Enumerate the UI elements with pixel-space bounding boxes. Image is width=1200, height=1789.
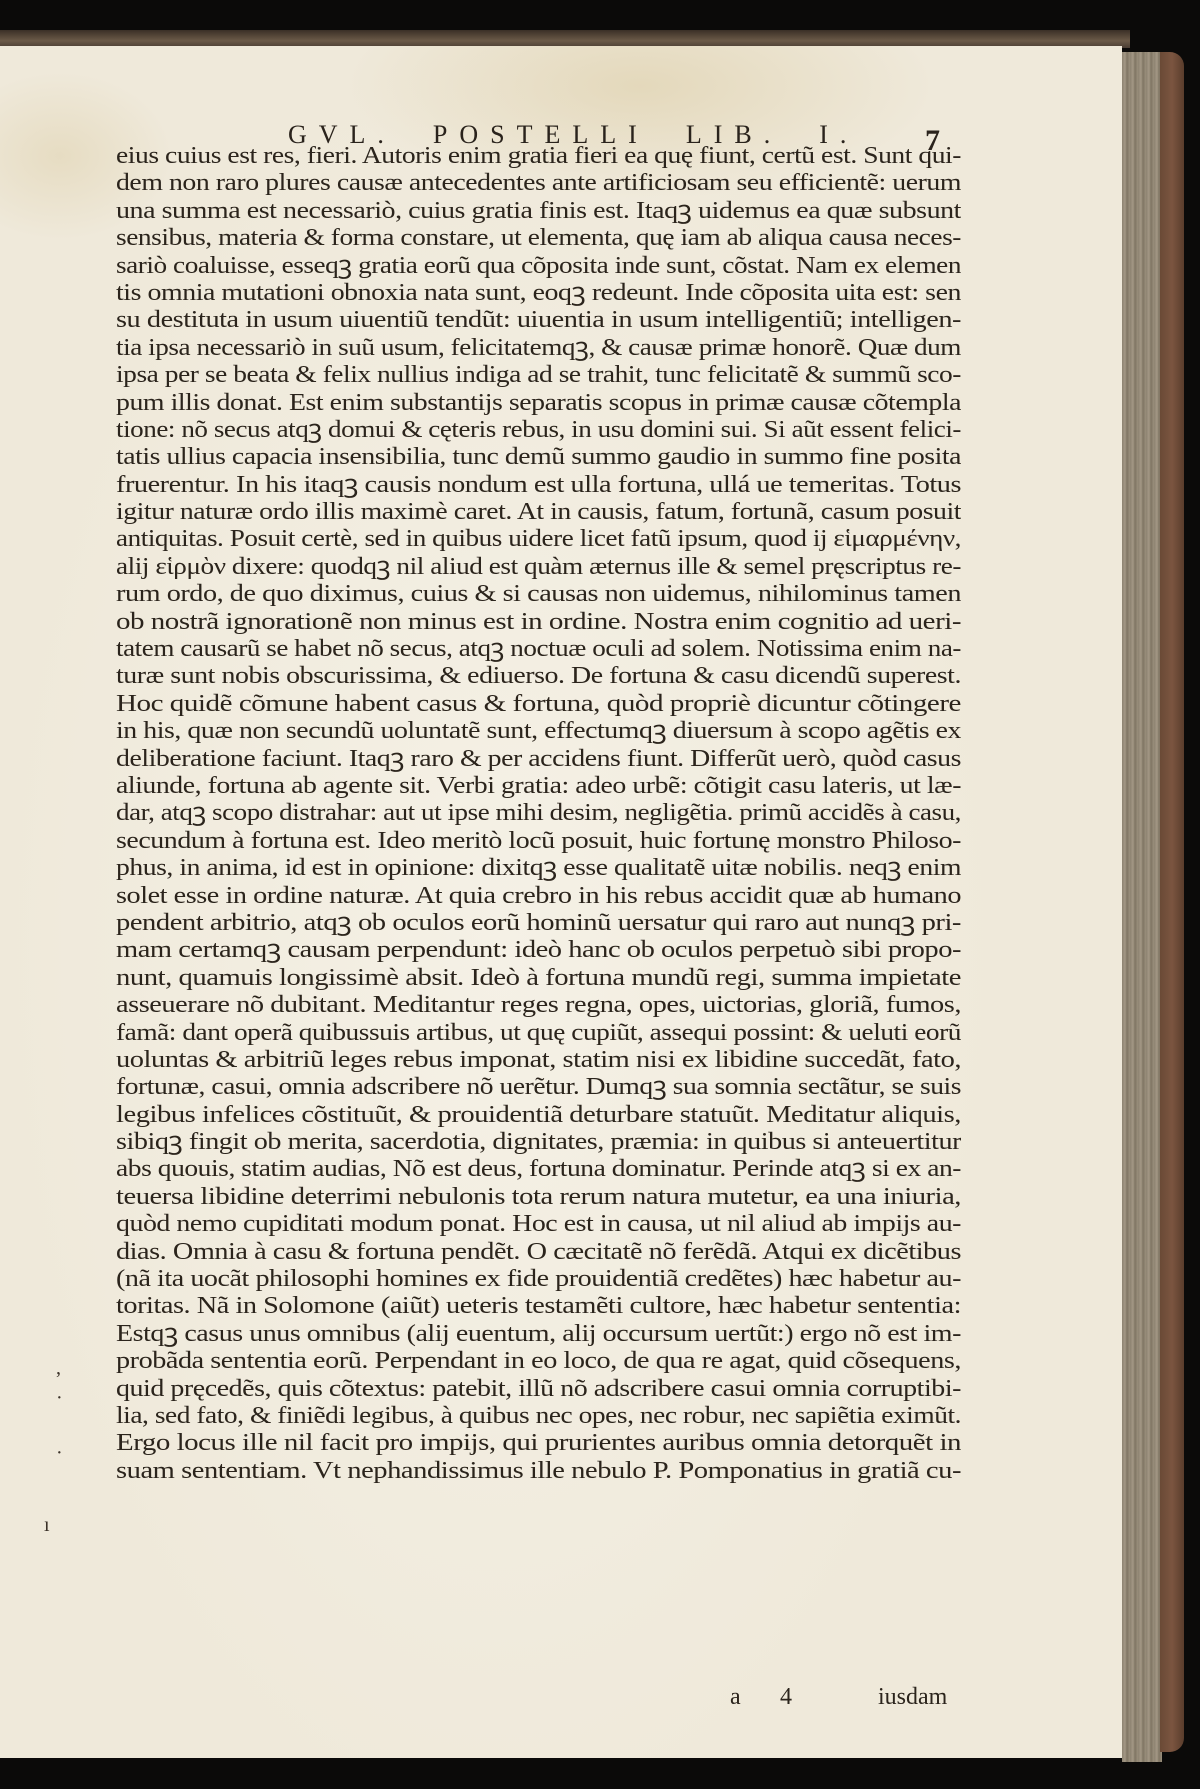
text-line: tis omnia mutationi obnoxia nata sunt, e…: [116, 279, 961, 306]
text-line: deliberatione faciunt. Itaqꝫ raro & per …: [116, 745, 961, 772]
text-line: dem non raro plures causæ antecedentes a…: [116, 169, 961, 196]
margin-mark: ·: [56, 1442, 63, 1465]
signature-number: 4: [780, 1684, 792, 1711]
text-line: tione: nõ secus atqꝫ domui & cęteris reb…: [116, 416, 961, 443]
text-line: Hoc quidẽ cõmune habent casus & fortuna,…: [116, 690, 961, 717]
text-line: quid pręcedẽs, quis cõtextus: patebit, i…: [116, 1375, 961, 1402]
text-line: mam certamqꝫ causam perpendunt: ideò han…: [116, 936, 961, 963]
text-line: tatem causarũ se habet nõ secus, atqꝫ no…: [116, 635, 961, 662]
text-line: sensibus, materia & forma constare, ut e…: [116, 224, 961, 251]
text-line: (nã ita uocãt philosophi homines ex fide…: [116, 1265, 961, 1292]
text-line: lia, sed fato, & finiẽdi legibus, à quib…: [116, 1402, 961, 1429]
text-line: eius cuius est res, fieri. Autoris enim …: [116, 142, 961, 169]
book-cover-edge: [1160, 52, 1184, 1752]
text-line: uoluntas & arbitriũ leges rebus imponat,…: [116, 1046, 961, 1073]
text-line: famã: dant operã quibussuis artibus, ut …: [116, 1019, 961, 1046]
text-line: sariò coaluisse, esseqꝫ gratia eorũ qua …: [116, 252, 961, 279]
text-line: ipsa per se beata & felix nullius indiga…: [116, 361, 961, 388]
margin-mark: ı: [44, 1514, 50, 1537]
text-line: antiquitas. Posuit certè, sed in quibus …: [116, 525, 961, 552]
margin-mark: ·: [56, 1387, 63, 1410]
text-line: solet esse in ordine naturæ. At quia cre…: [116, 882, 961, 909]
text-line: Ergo locus ille nil facit pro impijs, qu…: [116, 1429, 961, 1456]
text-line: probãda sententia eorũ. Perpendant in eo…: [116, 1347, 961, 1374]
text-line: Estqꝫ casus unus omnibus (alij euentum, …: [116, 1320, 961, 1347]
text-line: tatis ullius capacia insensibilia, tunc …: [116, 443, 961, 470]
text-line: tia ipsa necessariò in suũ usum, felicit…: [116, 334, 961, 361]
main-text-block: eius cuius est res, fieri. Autoris enim …: [116, 142, 961, 1484]
text-line: abs quouis, statim audias, Nõ est deus, …: [116, 1155, 961, 1182]
text-line: asseuerare nõ dubitant. Meditantur reges…: [116, 991, 961, 1018]
text-line: quòd nemo cupiditati modum ponat. Hoc es…: [116, 1210, 961, 1237]
text-line: turæ sunt nobis obscurissima, & ediuerso…: [116, 662, 961, 689]
text-line: legibus infelices cõstituũt, & prouident…: [116, 1101, 961, 1128]
page-fore-edge: [1122, 52, 1162, 1762]
signature-mark: a: [730, 1684, 741, 1711]
text-line: dar, atqꝫ scopo distrahar: aut ut ipse m…: [116, 799, 961, 826]
text-line: pendent arbitrio, atqꝫ ob oculos eorũ ho…: [116, 909, 961, 936]
text-line: igitur naturæ ordo illis maximè caret. A…: [116, 498, 961, 525]
text-line: una summa est necessariò, cuius gratia f…: [116, 197, 961, 224]
text-line: aliunde, fortuna ab agente sit. Verbi gr…: [116, 772, 961, 799]
text-line: fortunæ, casui, omnia adscribere nõ uerẽ…: [116, 1073, 961, 1100]
text-line: nunt, quamuis longissimè absit. Ideò à f…: [116, 964, 961, 991]
margin-mark: ,: [56, 1357, 61, 1380]
catchword: iusdam: [878, 1684, 947, 1711]
text-line: ob nostrã ignorationẽ non minus est in o…: [116, 608, 961, 635]
text-line: pum illis donat. Est enim substantijs se…: [116, 389, 961, 416]
text-line: fruerentur. In his itaqꝫ causis nondum e…: [116, 471, 961, 498]
text-line: secundum à fortuna est. Ideo meritò locũ…: [116, 827, 961, 854]
text-line: alij εἱρμὸν dixere: quodqꝫ nil aliud est…: [116, 553, 961, 580]
text-line: rum ordo, de quo diximus, cuius & si cau…: [116, 580, 961, 607]
text-line: su destituta in usum uiuentiũ tendũt: ui…: [116, 306, 961, 333]
text-line: phus, in anima, id est in opinione: dixi…: [116, 854, 961, 881]
text-line: teuersa libidine deterrimi nebulonis tot…: [116, 1183, 961, 1210]
text-line: dias. Omnia à casu & fortuna pendẽt. O c…: [116, 1238, 961, 1265]
text-line: toritas. Nã in Solomone (aiũt) ueteris t…: [116, 1292, 961, 1319]
text-line: suam sententiam. Vt nephandissimus ille …: [116, 1457, 961, 1484]
text-line: in his, quæ non secundũ uoluntatẽ sunt, …: [116, 717, 961, 744]
text-line: sibiqꝫ fingit ob merita, sacerdotia, dig…: [116, 1128, 961, 1155]
